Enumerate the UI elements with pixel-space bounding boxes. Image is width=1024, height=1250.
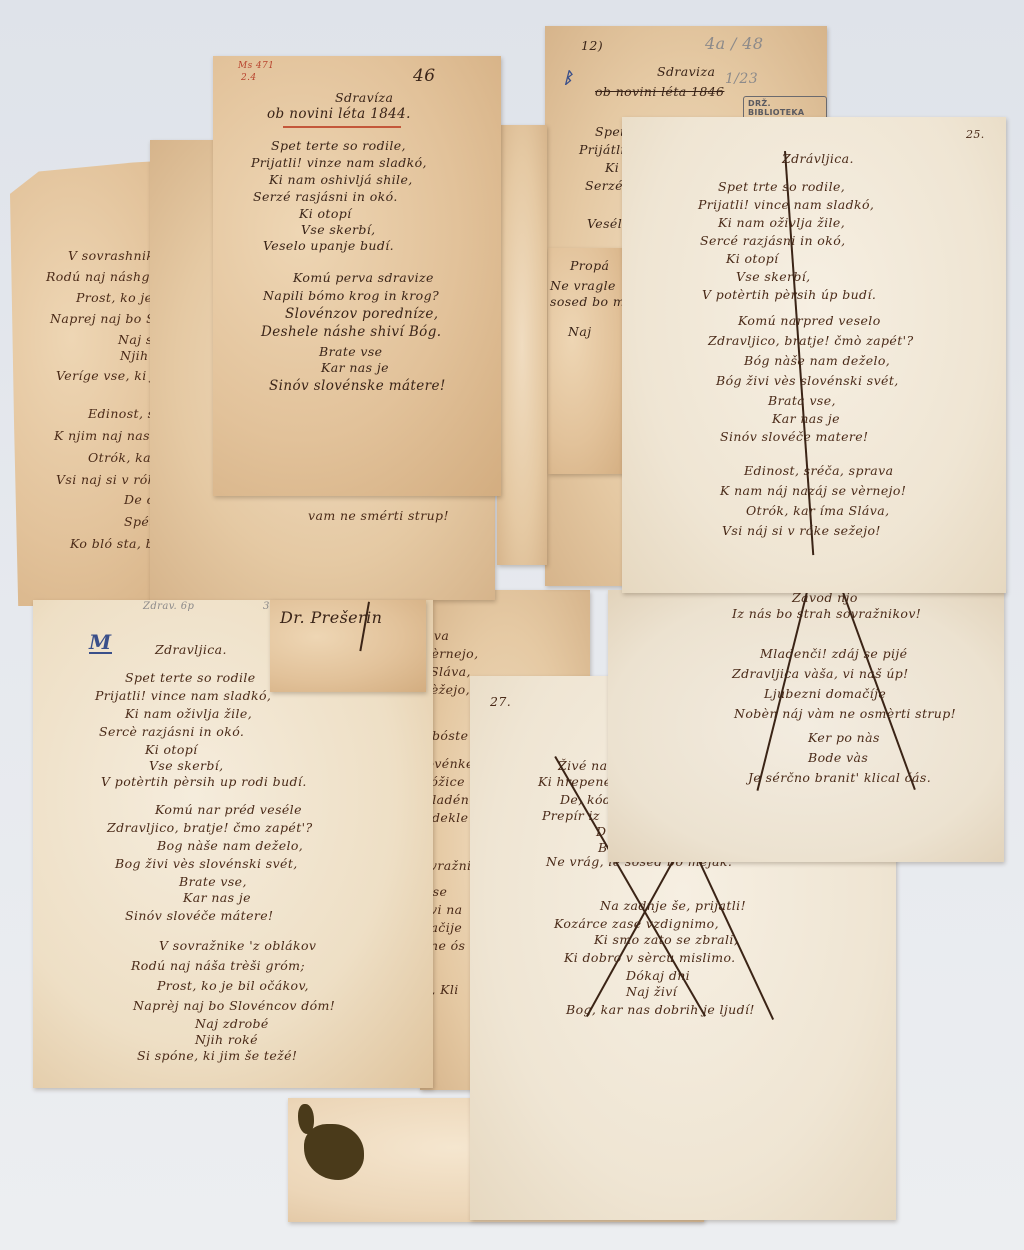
line: De, kód (560, 794, 611, 807)
line: Rodú naj náša trèši gróm; (131, 960, 305, 973)
pencil-mark: 1/23 (725, 72, 758, 86)
line: Komú perva sdravize (293, 272, 434, 285)
line: Brate vse (319, 346, 382, 359)
line: Prijatli! vince nam sladkó, (698, 199, 874, 212)
manuscript-25: 25. Zdrávljica. Spet trte so rodile, Pri… (622, 117, 1006, 593)
line: Prijatli! vinze nam sladkó, (251, 157, 427, 170)
subtitle: ob novini léta 1844. (267, 108, 411, 122)
line: Bog živi vès slovénski svét, (115, 858, 298, 871)
title: Zdrávljica. (782, 153, 854, 166)
line: Slovénzov poredníze, (285, 308, 438, 322)
line: Ki otopí (726, 253, 779, 266)
line: K nam náj nazáj se vèrnejo! (720, 485, 906, 498)
line: Prost, ko je bil očákov, (157, 980, 309, 993)
line: Zdravljico, bratje! čmo zapét'? (107, 822, 313, 835)
line: Sercé razjásni in okó, (700, 235, 846, 248)
line: V potèrtih pèrsih úp budí. (702, 289, 876, 302)
stamp-line-1: DRŽ. BIBLIOTEKA (748, 99, 822, 117)
pencil-mark: Zdrav. 6p (143, 602, 194, 612)
line: Naj živí (626, 986, 677, 999)
line: Naj zdrobé (195, 1018, 269, 1031)
line: Zdravljica vàša, vi naš úp! (732, 668, 909, 681)
fragment-propa-sheet: Propá Ne vragle sosed bo m Naj (548, 248, 628, 474)
archive-mark: 2.4 (241, 74, 257, 83)
line: Iz nás bo strah sovražnikov! (732, 608, 921, 621)
title: Sdraviza (657, 66, 715, 79)
archive-code: 4a / 48 (705, 36, 763, 52)
line: Sinóv slovéče mátere! (125, 910, 273, 923)
line: Prijatli! vince nam sladkó, (95, 690, 271, 703)
line: Spet trte so rodile, (718, 181, 845, 194)
line: Kar nas je (772, 413, 840, 426)
line: V potèrtih pèrsih up rodi budí. (101, 776, 307, 789)
blue-check-mark: ᛒ (563, 70, 573, 86)
line: Sinóv slovéče matere! (720, 431, 868, 444)
line: Ki nam oshivljá shile, (269, 174, 413, 187)
strip-line: ne ós (430, 940, 465, 953)
line: Je sérčno branit' klical čás. (748, 772, 931, 785)
line: Bog nàše nam deželo, (157, 840, 303, 853)
line: Kar nas je (183, 892, 251, 905)
line: Deshele náshe shiví Bóg. (261, 326, 441, 340)
line: Ki otopí (299, 208, 352, 221)
line: Bode vàs (808, 752, 868, 765)
manuscript-continuation: Zavod njo Iz nás bo strah sovražnikov! M… (608, 590, 1004, 862)
line: Nobèn náj vàm ne osmèrti strup! (734, 708, 956, 721)
line: Njih roké (195, 1034, 258, 1047)
line: Ki nam oživlja žile, (125, 708, 252, 721)
line: Ki smo zato se zbrali, (594, 934, 738, 947)
line: Otrók, kar íma Sláva, (746, 505, 889, 518)
line: Sinóv slovénske mátere! (269, 380, 446, 394)
line: Spet (595, 126, 626, 139)
line: Naprèj naj bo Slovéncov dóm! (133, 1000, 335, 1013)
line: Kar nas je (321, 362, 389, 375)
page-number: 46 (413, 68, 435, 85)
page-number: 25. (966, 129, 985, 140)
item-number: 12) (581, 40, 603, 53)
line: Serzé (585, 180, 623, 193)
line: Mladenči! zdáj se pijé (760, 648, 907, 661)
line: Si spóne, ki jim še težé! (137, 1050, 297, 1063)
line: Vsi náj si v róke sežejo! (722, 525, 881, 538)
strip-line: dekle (432, 812, 468, 825)
line: Bóg živi vès slovénski svét, (716, 375, 899, 388)
fragment-line: Ne vragle (550, 280, 616, 293)
line: Sercè razjásni in okó. (99, 726, 244, 739)
fragment-line: vam ne smérti strup! (308, 510, 449, 523)
title: Sdravíza (335, 92, 393, 105)
line: Bóg nàše nam deželo, (744, 355, 890, 368)
line: Na zadnje še, prijatli! (600, 900, 746, 913)
line: Ker po nàs (808, 732, 880, 745)
line: Prijátli (579, 144, 625, 157)
narrow-strip-sheet (497, 125, 547, 565)
archive-mark: Ms 471 (238, 62, 274, 71)
subtitle: ob novini léta 1846 (595, 86, 724, 99)
line: Vse skerbí, (149, 760, 224, 773)
fragment-line: sosed bo m (550, 296, 625, 309)
title: Zdravljica. (155, 644, 227, 657)
red-underline (283, 126, 401, 128)
fragment-line: Naj (568, 326, 591, 339)
fragment-line: Propá (570, 260, 609, 273)
strip-line: bóste (432, 730, 468, 743)
line: Napili bómo krog in krog? (263, 290, 439, 303)
page-number: 27. (490, 696, 511, 709)
line: Brate vse, (179, 876, 247, 889)
line: Ki nam oživlja žile, (718, 217, 845, 230)
line: Ki dobro v sèrcu mislimo. (564, 952, 736, 965)
burn-mark-small (298, 1104, 314, 1134)
signature-fragment: Dr. Prešerin (270, 600, 426, 692)
line: Bog, kar nas dobrih je ljudí! (566, 1004, 755, 1017)
line: Vse skerbí, (301, 224, 376, 237)
strip-line: vi na (430, 904, 463, 917)
line: Ki hrepené (538, 776, 612, 789)
line: Ki otopí (145, 744, 198, 757)
line: Veselo upanje budí. (263, 240, 394, 253)
strip-line: Sláva, (430, 666, 471, 679)
line: Spet terte so rodile, (271, 140, 406, 153)
line: Serzé rasjásni in okó. (253, 191, 398, 204)
manuscript-1844: Ms 471 2.4 46 Sdravíza ob novini léta 18… (213, 56, 501, 496)
line: Komú nar préd veséle (155, 804, 302, 817)
line: Zdravljico, bratje! čmò zapét'? (708, 335, 914, 348)
burn-mark (304, 1124, 364, 1180)
line: Komú narpred veselo (738, 315, 881, 328)
line: V sovražnike 'z oblákov (159, 940, 316, 953)
line: Spet terte so rodile (125, 672, 256, 685)
line: Ki (605, 162, 619, 175)
blue-mark: M (89, 632, 112, 654)
line: Edinost, sréča, sprava (744, 465, 893, 478)
line: Vse skerbí, (736, 271, 811, 284)
line: Živé na (558, 760, 607, 773)
